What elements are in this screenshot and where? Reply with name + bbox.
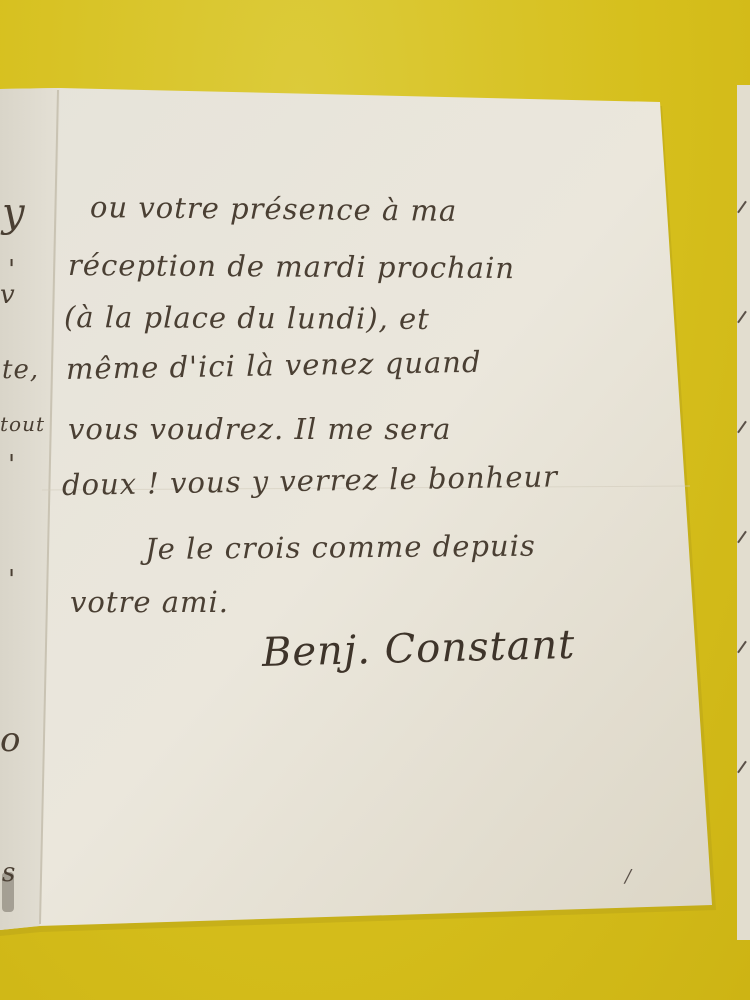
signature: Benj. Constant (261, 622, 576, 676)
letter-line-4: même d'ici là venez quand (66, 345, 482, 386)
right-page-edge (737, 85, 750, 940)
left-fragment: s (2, 858, 16, 888)
letter-line-2: réception de mardi prochain (68, 248, 515, 285)
left-fragment: y (2, 190, 26, 236)
left-fragment: v (0, 280, 16, 310)
page-mark: / (625, 866, 632, 887)
left-fragment: tout (0, 412, 45, 436)
left-fragment: ' (8, 565, 16, 595)
left-fragment: te, (2, 355, 39, 385)
letter-line-5: vous voudrez. Il me sera (68, 412, 451, 446)
left-fragment: ' (8, 450, 16, 480)
letter-line-7: Je le crois comme depuis (145, 529, 536, 566)
letter-line-3: (à la place du lundi), et (64, 300, 430, 336)
letter-line-8: votre ami. (70, 585, 229, 619)
letter-line-1: ou votre présence à ma (90, 190, 458, 228)
left-fragment: o (0, 720, 21, 760)
photo-scene: y ' v te, tout ' ' o s ou votre présence… (0, 0, 750, 1000)
